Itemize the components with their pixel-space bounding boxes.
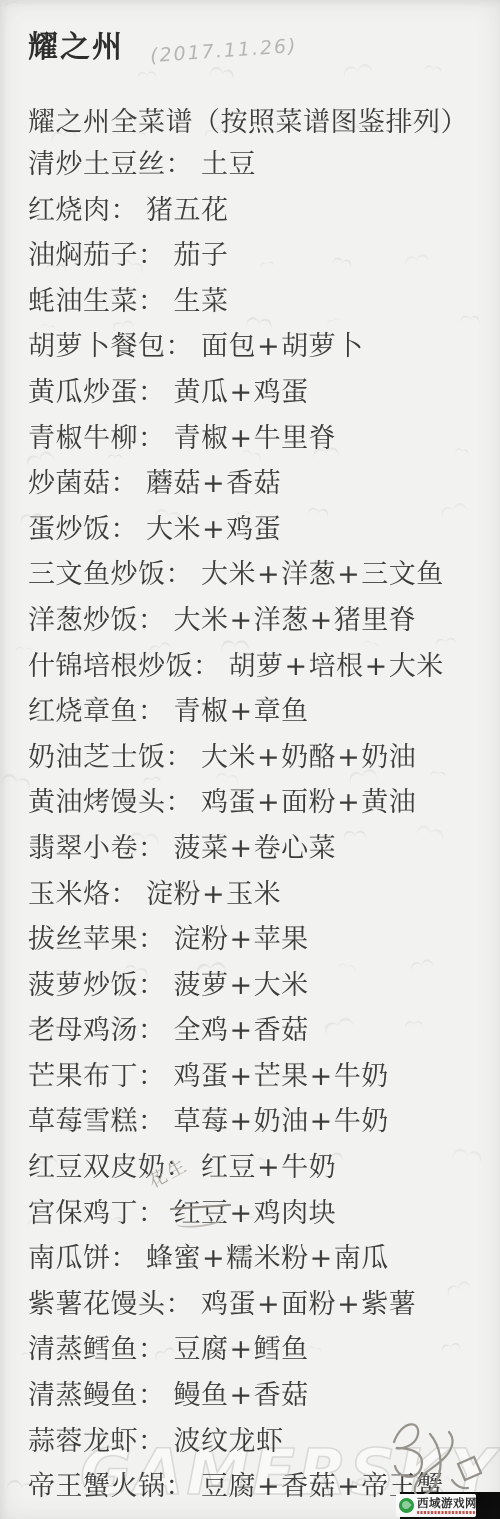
recipe-line: 清炒土豆丝：土豆 bbox=[28, 142, 488, 188]
recipe-list-image: { "page": { "title": "耀之州", "handwritten… bbox=[0, 0, 500, 1519]
recipe-line: 红豆双皮奶：红豆+牛奶 bbox=[28, 1145, 488, 1191]
ingredient: 猪五花 bbox=[146, 188, 229, 234]
recipe-name: 清蒸鳕鱼 bbox=[28, 1334, 138, 1365]
plus-separator: + bbox=[257, 742, 280, 773]
ingredient: 面粉 bbox=[281, 780, 336, 826]
recipe-name: 黄油烤馒头 bbox=[28, 787, 166, 818]
recipe-colon: ： bbox=[111, 879, 139, 910]
ingredient: 牛里脊 bbox=[254, 416, 337, 462]
ingredient: 鸡蛋 bbox=[174, 1054, 229, 1100]
recipe-name: 菠萝炒饭 bbox=[28, 970, 138, 1001]
recipe-name: 帝王蟹火锅 bbox=[28, 1471, 166, 1502]
recipe-name: 黄瓜炒蛋 bbox=[28, 377, 138, 408]
recipe-ingredients: 大米+鸡蛋 bbox=[146, 514, 281, 545]
recipe-name: 芒果布丁 bbox=[28, 1061, 138, 1092]
recipe-ingredients: 鸡蛋+面粉+紫薯 bbox=[201, 1289, 416, 1320]
recipe-name: 三文鱼炒饭 bbox=[28, 559, 166, 590]
ingredient: 红豆 bbox=[201, 1145, 256, 1191]
recipe-colon: ： bbox=[193, 651, 221, 682]
recipe-colon: ： bbox=[138, 1198, 166, 1229]
recipe-ingredients: 波纹龙虾 bbox=[174, 1426, 284, 1457]
recipe-colon: ： bbox=[111, 468, 139, 499]
plus-separator: + bbox=[230, 1106, 253, 1137]
recipe-ingredients: 全鸡+香菇 bbox=[174, 1015, 309, 1046]
recipe-colon: ： bbox=[138, 605, 166, 636]
recipe-line: 油焖茄子：茄子 bbox=[28, 233, 488, 279]
recipe-line: 什锦培根炒饭：胡萝+培根+大米 bbox=[28, 644, 488, 690]
recipe-ingredients: 淀粉+苹果 bbox=[174, 924, 309, 955]
recipe-colon: ： bbox=[166, 331, 194, 362]
plus-separator: + bbox=[337, 742, 360, 773]
ingredient: 奶油 bbox=[361, 735, 416, 781]
plus-separator: + bbox=[310, 1106, 333, 1137]
ingredient: 香菇 bbox=[226, 461, 281, 507]
recipe-ingredients: 草莓+奶油+牛奶 bbox=[174, 1106, 389, 1137]
recipe-list: 清炒土豆丝：土豆 红烧肉：猪五花 油焖茄子：茄子 蚝油生菜：生菜 胡萝卜餐包：面… bbox=[28, 142, 488, 1510]
recipe-colon: ： bbox=[138, 377, 166, 408]
ingredient: 波纹龙虾 bbox=[174, 1419, 284, 1465]
recipe-name: 奶油芝士饭 bbox=[28, 742, 166, 773]
plus-separator: + bbox=[365, 651, 388, 682]
recipe-line: 拔丝苹果：淀粉+苹果 bbox=[28, 917, 488, 963]
recipe-line: 三文鱼炒饭：大米+洋葱+三文鱼 bbox=[28, 552, 488, 598]
ingredient: 奶酪 bbox=[281, 735, 336, 781]
recipe-line: 黄油烤馒头：鸡蛋+面粉+黄油 bbox=[28, 780, 488, 826]
recipe-document: 耀之州 (2017.11.26) 耀之州全菜谱（按照菜谱图鉴排列） 清炒土豆丝：… bbox=[0, 0, 500, 1519]
ingredient: 胡萝卜 bbox=[281, 324, 364, 370]
ingredient: 大米 bbox=[174, 598, 229, 644]
recipe-line: 老母鸡汤：全鸡+香菇 bbox=[28, 1008, 488, 1054]
plus-separator: + bbox=[310, 605, 333, 636]
recipe-colon: ： bbox=[111, 1243, 139, 1274]
recipe-colon: ： bbox=[138, 1015, 166, 1046]
recipe-name: 蚝油生菜 bbox=[28, 286, 138, 317]
plus-separator: + bbox=[230, 1380, 253, 1411]
recipe-ingredients: 红豆花生+鸡肉块 bbox=[174, 1198, 337, 1229]
plus-separator: + bbox=[337, 1289, 360, 1320]
plus-separator: + bbox=[202, 1243, 225, 1274]
plus-separator: + bbox=[257, 559, 280, 590]
ingredient: 芒果 bbox=[254, 1054, 309, 1100]
ingredient: 蘑菇 bbox=[146, 461, 201, 507]
recipe-line: 蚝油生菜：生菜 bbox=[28, 279, 488, 325]
recipe-name: 洋葱炒饭 bbox=[28, 605, 138, 636]
plus-separator: + bbox=[230, 1061, 253, 1092]
recipe-line: 草莓雪糕：草莓+奶油+牛奶 bbox=[28, 1099, 488, 1145]
plus-separator: + bbox=[230, 1198, 253, 1229]
recipe-colon: ： bbox=[111, 195, 139, 226]
recipe-line: 宫保鸡丁：红豆花生+鸡肉块 bbox=[28, 1191, 488, 1237]
recipe-line: 红烧章鱼：青椒+章鱼 bbox=[28, 689, 488, 735]
recipe-line: 芒果布丁：鸡蛋+芒果+牛奶 bbox=[28, 1054, 488, 1100]
plus-separator: + bbox=[230, 970, 253, 1001]
recipe-name: 青椒牛柳 bbox=[28, 423, 138, 454]
recipe-ingredients: 茄子 bbox=[174, 240, 229, 271]
ingredient: 豆腐 bbox=[174, 1327, 229, 1373]
recipe-line: 翡翠小卷：菠菜+卷心菜 bbox=[28, 826, 488, 872]
recipe-name: 什锦培根炒饭 bbox=[28, 651, 193, 682]
recipe-line: 南瓜饼：蜂蜜+糯米粉+南瓜 bbox=[28, 1236, 488, 1282]
site-logo-icon bbox=[399, 1498, 414, 1513]
recipe-ingredients: 鳗鱼+香菇 bbox=[174, 1380, 309, 1411]
recipe-colon: ： bbox=[138, 286, 166, 317]
ingredient: 大米 bbox=[389, 644, 444, 690]
plus-separator: + bbox=[230, 1334, 253, 1365]
ingredient: 香菇 bbox=[254, 1373, 309, 1419]
plus-separator: + bbox=[230, 377, 253, 408]
recipe-colon: ： bbox=[138, 423, 166, 454]
recipe-ingredients: 大米+洋葱+三文鱼 bbox=[201, 559, 444, 590]
recipe-colon: ： bbox=[138, 1426, 166, 1457]
recipe-name: 蒜蓉龙虾 bbox=[28, 1426, 138, 1457]
plus-separator: + bbox=[337, 787, 360, 818]
recipe-ingredients: 大米+奶酪+奶油 bbox=[201, 742, 416, 773]
ingredient: 紫薯 bbox=[361, 1282, 416, 1328]
recipe-line: 胡萝卜餐包：面包+胡萝卜 bbox=[28, 324, 488, 370]
ingredient: 洋葱 bbox=[281, 552, 336, 598]
recipe-ingredients: 鸡蛋+面粉+黄油 bbox=[201, 787, 416, 818]
recipe-colon: ： bbox=[166, 1289, 194, 1320]
recipe-name: 老母鸡汤 bbox=[28, 1015, 138, 1046]
plus-separator: + bbox=[202, 879, 225, 910]
handwritten-date: (2017.11.26) bbox=[149, 35, 298, 67]
ingredient: 面包 bbox=[201, 324, 256, 370]
ingredient: 苹果 bbox=[254, 917, 309, 963]
plus-separator: + bbox=[202, 514, 225, 545]
ingredient: 鸡蛋 bbox=[201, 1282, 256, 1328]
recipe-name: 南瓜饼 bbox=[28, 1243, 111, 1274]
recipe-name: 紫薯花馒头 bbox=[28, 1289, 166, 1320]
recipe-name: 油焖茄子 bbox=[28, 240, 138, 271]
ingredient: 胡萝 bbox=[229, 644, 284, 690]
plus-separator: + bbox=[230, 423, 253, 454]
recipe-ingredients: 青椒+牛里脊 bbox=[174, 423, 337, 454]
recipe-ingredients: 蜂蜜+糯米粉+南瓜 bbox=[146, 1243, 389, 1274]
plus-separator: + bbox=[257, 331, 280, 362]
recipe-name: 红烧章鱼 bbox=[28, 696, 138, 727]
recipe-colon: ： bbox=[138, 1334, 166, 1365]
ingredient: 全鸡 bbox=[174, 1008, 229, 1054]
ingredient: 菠萝 bbox=[174, 963, 229, 1009]
ingredient: 草莓 bbox=[174, 1099, 229, 1145]
ingredient: 面粉 bbox=[281, 1282, 336, 1328]
recipe-line: 洋葱炒饭：大米+洋葱+猪里脊 bbox=[28, 598, 488, 644]
plus-separator: + bbox=[310, 1061, 333, 1092]
ingredient: 红豆花生 bbox=[174, 1191, 229, 1237]
recipe-ingredients: 蘑菇+香菇 bbox=[146, 468, 281, 499]
recipe-colon: ： bbox=[138, 696, 166, 727]
recipe-colon: ： bbox=[166, 559, 194, 590]
recipe-colon: ： bbox=[138, 833, 166, 864]
ingredient: 牛奶 bbox=[334, 1054, 389, 1100]
ingredient: 大米 bbox=[201, 552, 256, 598]
recipe-name: 玉米烙 bbox=[28, 879, 111, 910]
recipe-ingredients: 大米+洋葱+猪里脊 bbox=[174, 605, 417, 636]
recipe-ingredients: 青椒+章鱼 bbox=[174, 696, 309, 727]
plus-separator: + bbox=[257, 1471, 280, 1502]
recipe-name: 红豆双皮奶 bbox=[28, 1152, 166, 1183]
recipe-name: 拔丝苹果 bbox=[28, 924, 138, 955]
recipe-ingredients: 淀粉+玉米 bbox=[146, 879, 281, 910]
plus-separator: + bbox=[310, 1243, 333, 1274]
ingredient: 糯米粉 bbox=[226, 1236, 309, 1282]
recipe-name: 草莓雪糕 bbox=[28, 1106, 138, 1137]
ingredient: 卷心菜 bbox=[254, 826, 337, 872]
recipe-ingredients: 菠菜+卷心菜 bbox=[174, 833, 337, 864]
page-title: 耀之州 bbox=[28, 22, 124, 66]
recipe-line: 玉米烙：淀粉+玉米 bbox=[28, 872, 488, 918]
ingredient: 青椒 bbox=[174, 689, 229, 735]
plus-separator: + bbox=[230, 833, 253, 864]
ingredient: 鸡肉块 bbox=[254, 1191, 337, 1237]
site-badge-caption-bar bbox=[417, 1511, 475, 1515]
recipe-name: 蛋炒饭 bbox=[28, 514, 111, 545]
recipe-line: 清蒸鳕鱼：豆腐+鳕鱼 bbox=[28, 1327, 488, 1373]
ingredient: 鸡蛋 bbox=[254, 370, 309, 416]
ingredient: 菠菜 bbox=[174, 826, 229, 872]
recipe-colon: ： bbox=[138, 1061, 166, 1092]
plus-separator: + bbox=[230, 924, 253, 955]
recipe-colon: ： bbox=[138, 240, 166, 271]
recipe-ingredients: 豆腐+鳕鱼 bbox=[174, 1334, 309, 1365]
ingredient: 玉米 bbox=[226, 872, 281, 918]
recipe-line: 奶油芝士饭：大米+奶酪+奶油 bbox=[28, 735, 488, 781]
recipe-colon: ： bbox=[166, 742, 194, 773]
recipe-colon: ： bbox=[166, 149, 194, 180]
ingredient: 生菜 bbox=[174, 279, 229, 325]
ingredient: 茄子 bbox=[174, 233, 229, 279]
recipe-line: 炒菌菇：蘑菇+香菇 bbox=[28, 461, 488, 507]
ingredient: 培根 bbox=[309, 644, 364, 690]
recipe-name: 胡萝卜餐包 bbox=[28, 331, 166, 362]
plus-separator: + bbox=[230, 605, 253, 636]
recipe-ingredients: 菠萝+大米 bbox=[174, 970, 309, 1001]
ingredient: 鸡蛋 bbox=[226, 507, 281, 553]
ingredient: 黄油 bbox=[361, 780, 416, 826]
ingredient: 豆腐 bbox=[201, 1464, 256, 1510]
recipe-ingredients: 面包+胡萝卜 bbox=[201, 331, 364, 362]
ingredient: 淀粉 bbox=[174, 917, 229, 963]
ingredient: 大米 bbox=[201, 735, 256, 781]
ingredient: 三文鱼 bbox=[361, 552, 444, 598]
ingredient: 蜂蜜 bbox=[146, 1236, 201, 1282]
ingredient: 土豆 bbox=[201, 142, 256, 188]
recipe-name: 红烧肉 bbox=[28, 195, 111, 226]
ingredient: 牛奶 bbox=[334, 1099, 389, 1145]
recipe-colon: ： bbox=[138, 924, 166, 955]
recipe-name: 清炒土豆丝 bbox=[28, 149, 166, 180]
site-badge-label: 西域游戏网 bbox=[417, 1497, 477, 1510]
recipe-colon: ： bbox=[138, 1106, 166, 1137]
recipe-ingredients: 红豆+牛奶 bbox=[201, 1152, 336, 1183]
ingredient: 章鱼 bbox=[254, 689, 309, 735]
ingredient: 鳕鱼 bbox=[254, 1327, 309, 1373]
ingredient: 香菇 bbox=[281, 1464, 336, 1510]
recipe-line: 黄瓜炒蛋：黄瓜+鸡蛋 bbox=[28, 370, 488, 416]
recipe-ingredients: 猪五花 bbox=[146, 195, 229, 226]
ingredient: 淀粉 bbox=[146, 872, 201, 918]
ingredient: 黄瓜 bbox=[174, 370, 229, 416]
ingredient: 鳗鱼 bbox=[174, 1373, 229, 1419]
recipe-name: 宫保鸡丁 bbox=[28, 1198, 138, 1229]
recipe-line: 菠萝炒饭：菠萝+大米 bbox=[28, 963, 488, 1009]
ingredient: 猪里脊 bbox=[334, 598, 417, 644]
recipe-colon: ： bbox=[138, 970, 166, 1001]
plus-separator: + bbox=[337, 1471, 360, 1502]
recipe-line: 紫薯花馒头：鸡蛋+面粉+紫薯 bbox=[28, 1282, 488, 1328]
ingredient: 洋葱 bbox=[254, 598, 309, 644]
ingredient: 南瓜 bbox=[334, 1236, 389, 1282]
recipe-line: 蛋炒饭：大米+鸡蛋 bbox=[28, 507, 488, 553]
plus-separator: + bbox=[202, 468, 225, 499]
plus-separator: + bbox=[257, 1289, 280, 1320]
ingredient: 牛奶 bbox=[281, 1145, 336, 1191]
recipe-colon: ： bbox=[111, 514, 139, 545]
recipe-name: 炒菌菇 bbox=[28, 468, 111, 499]
plus-separator: + bbox=[337, 559, 360, 590]
plus-separator: + bbox=[257, 787, 280, 818]
plus-separator: + bbox=[257, 1152, 280, 1183]
plus-separator: + bbox=[230, 696, 253, 727]
recipe-name: 清蒸鳗鱼 bbox=[28, 1380, 138, 1411]
ingredient: 奶油 bbox=[254, 1099, 309, 1145]
recipe-colon: ： bbox=[166, 787, 194, 818]
recipe-ingredients: 鸡蛋+芒果+牛奶 bbox=[174, 1061, 389, 1092]
ingredient: 鸡蛋 bbox=[201, 780, 256, 826]
ingredient: 香菇 bbox=[254, 1008, 309, 1054]
list-header: 耀之州全菜谱（按照菜谱图鉴排列） bbox=[28, 100, 468, 139]
recipe-line: 青椒牛柳：青椒+牛里脊 bbox=[28, 416, 488, 462]
site-badge-text-column: 西域游戏网 bbox=[417, 1497, 477, 1515]
recipe-name: 翡翠小卷 bbox=[28, 833, 138, 864]
recipe-colon: ： bbox=[138, 1380, 166, 1411]
ingredient: 青椒 bbox=[174, 416, 229, 462]
recipe-ingredients: 胡萝+培根+大米 bbox=[229, 651, 444, 682]
recipe-ingredients: 生菜 bbox=[174, 286, 229, 317]
ingredient: 大米 bbox=[146, 507, 201, 553]
recipe-line: 红烧肉：猪五花 bbox=[28, 188, 488, 234]
recipe-colon: ： bbox=[166, 1471, 194, 1502]
plus-separator: + bbox=[230, 1015, 253, 1046]
site-badge: 西域游戏网 bbox=[396, 1494, 476, 1517]
recipe-ingredients: 土豆 bbox=[201, 149, 256, 180]
pencil-scribble bbox=[175, 1212, 224, 1230]
recipe-ingredients: 黄瓜+鸡蛋 bbox=[174, 377, 309, 408]
plus-separator: + bbox=[285, 651, 308, 682]
ingredient: 大米 bbox=[254, 963, 309, 1009]
